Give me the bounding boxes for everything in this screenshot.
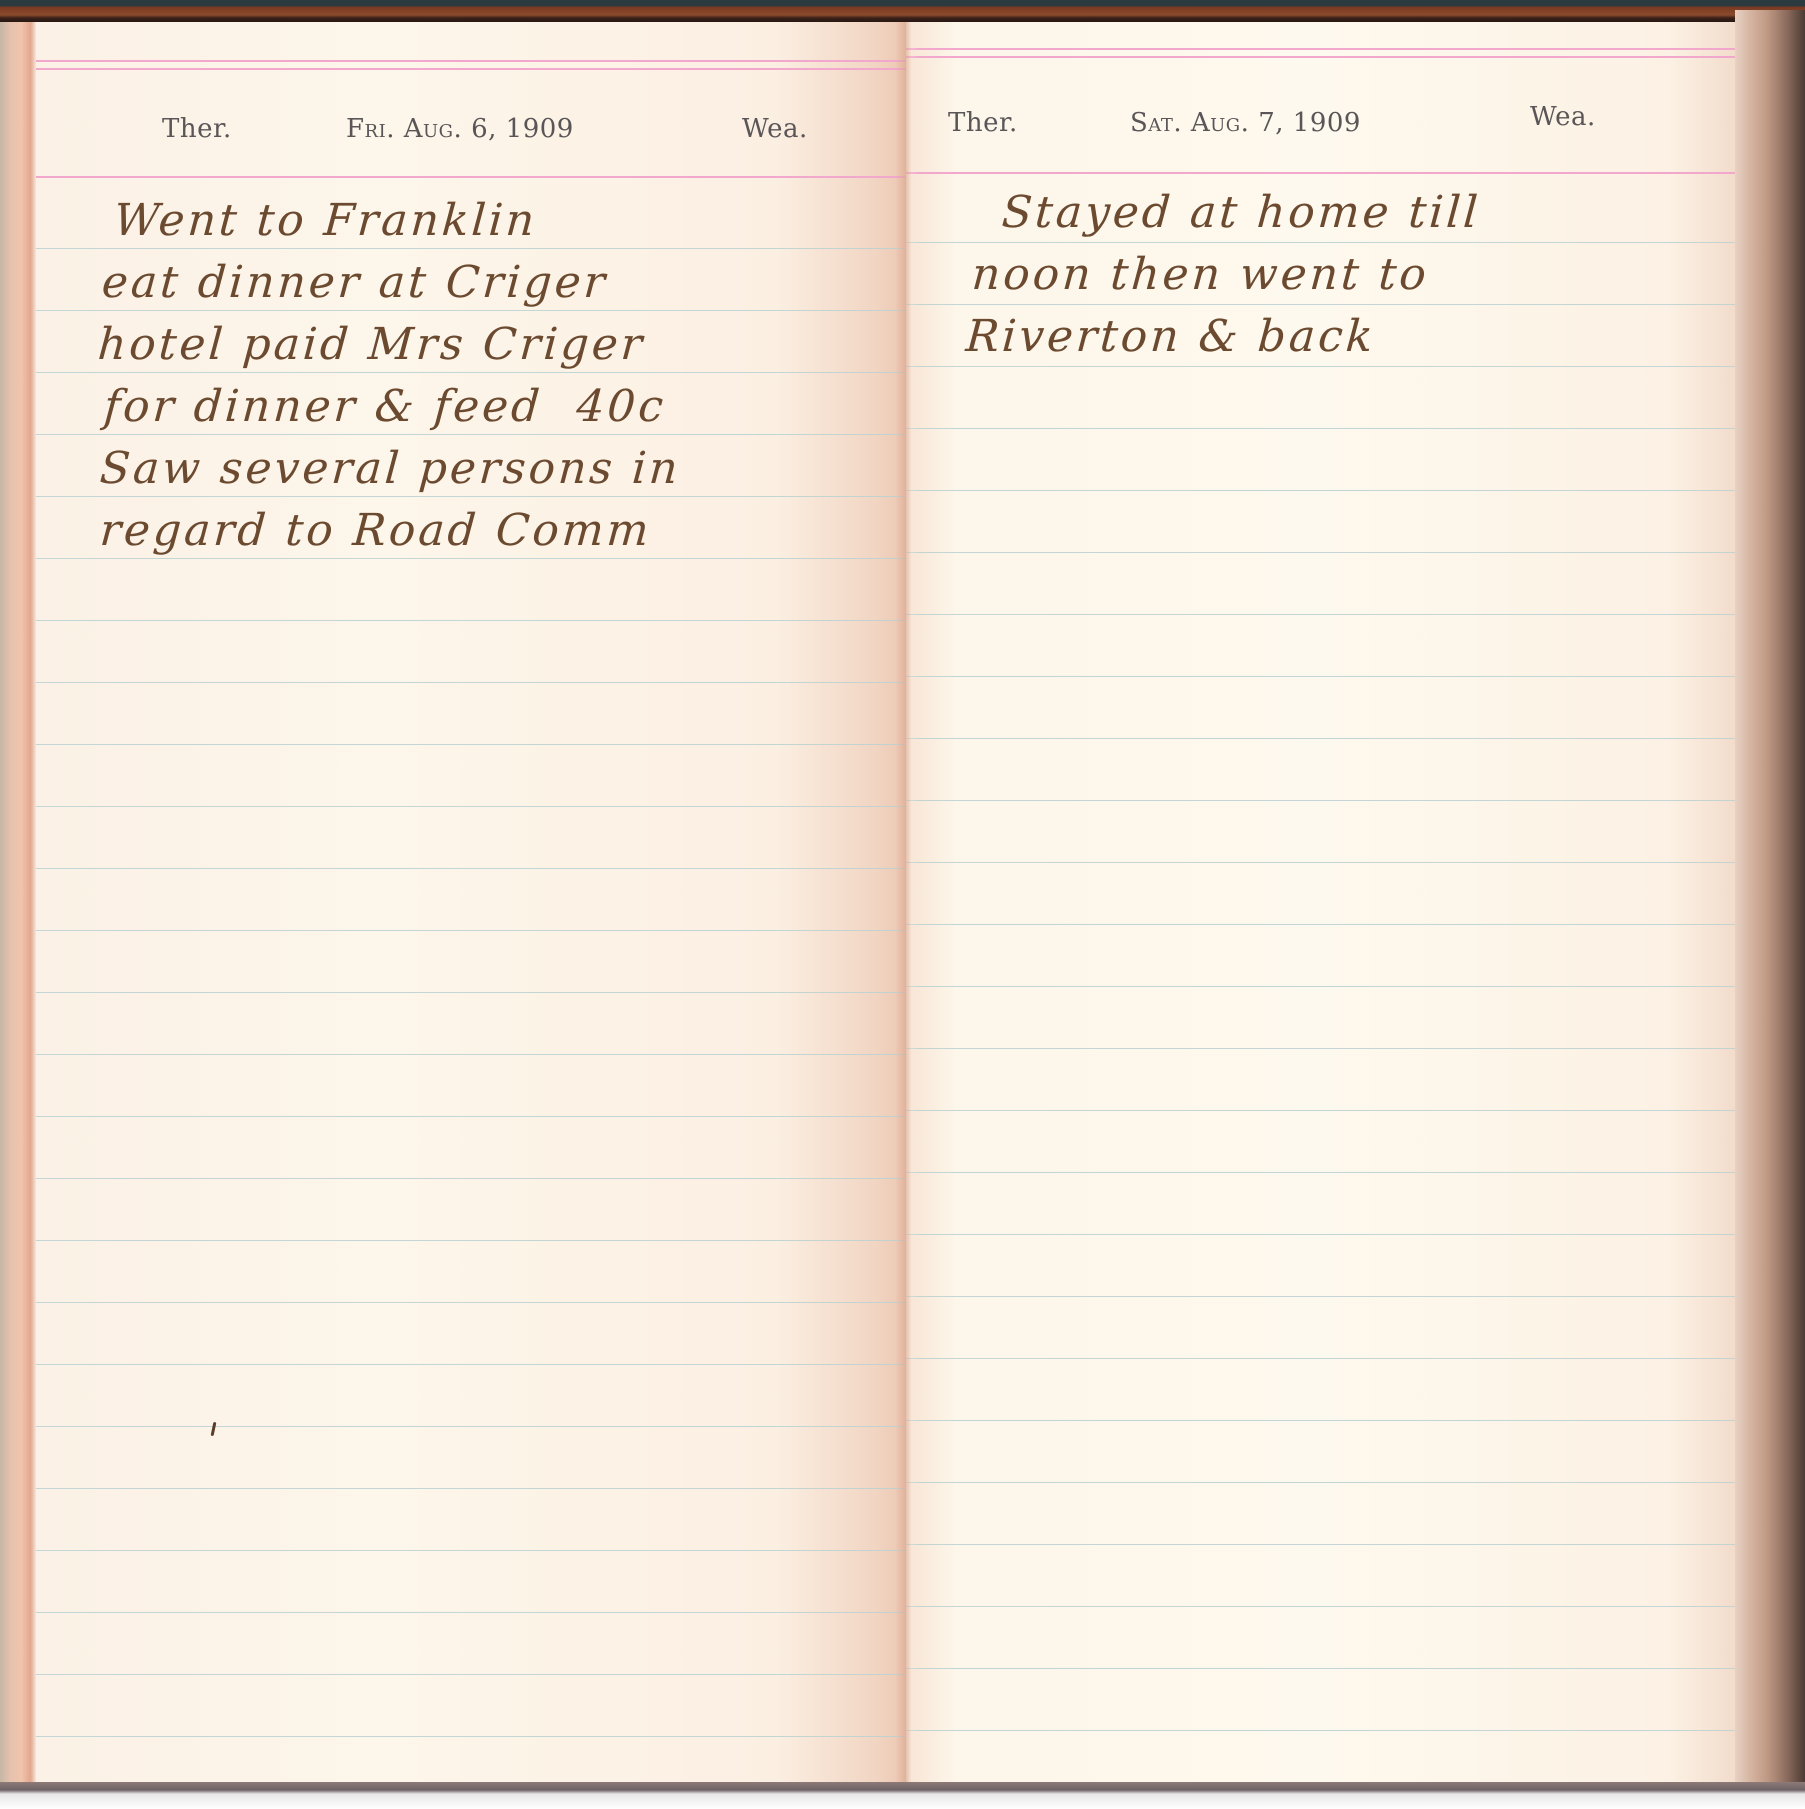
header-bottom-rule	[36, 176, 906, 178]
left-page-header: Ther. Fri. Aug. 6, 1909 Wea.	[36, 94, 906, 174]
header-top-rule-2	[36, 68, 906, 70]
book-cover-bottom	[0, 1782, 1805, 1809]
header-top-rule-2	[906, 56, 1736, 58]
thermometer-label: Ther.	[162, 114, 232, 144]
book-cover-top	[0, 0, 1805, 24]
ink-speck	[211, 1422, 217, 1436]
right-diary-page: Ther. Sat. Aug. 7, 1909 Wea. Stayed at h…	[906, 22, 1736, 1782]
page-date: Fri. Aug. 6, 1909	[346, 114, 574, 144]
header-top-rule	[906, 48, 1736, 50]
left-diary-page: Ther. Fri. Aug. 6, 1909 Wea. Went to Fra…	[36, 22, 906, 1782]
thermometer-label: Ther.	[948, 108, 1018, 138]
entry-line: eat dinner at Criger	[100, 252, 610, 314]
weather-label: Wea.	[1530, 102, 1596, 132]
entry-line: Stayed at home till	[1000, 182, 1483, 244]
right-page-header: Ther. Sat. Aug. 7, 1909 Wea.	[906, 88, 1736, 168]
entry-line: noon then went to	[970, 244, 1431, 306]
weather-label: Wea.	[742, 114, 808, 144]
page-date: Sat. Aug. 7, 1909	[1130, 108, 1361, 138]
entry-line: for dinner & feed 40c	[102, 376, 668, 438]
page-stack-left-edge	[0, 22, 36, 1784]
header-bottom-rule	[906, 172, 1736, 174]
book-gutter	[895, 22, 919, 1782]
entry-line: Saw several persons in	[98, 438, 683, 500]
entry-line: Went to Franklin	[112, 190, 539, 252]
entry-line: regard to Road Comm	[98, 500, 654, 562]
book-cover-right	[1735, 10, 1805, 1790]
header-top-rule	[36, 60, 906, 62]
entry-line: hotel paid Mrs Criger	[96, 314, 647, 376]
entry-line: Riverton & back	[964, 306, 1378, 368]
